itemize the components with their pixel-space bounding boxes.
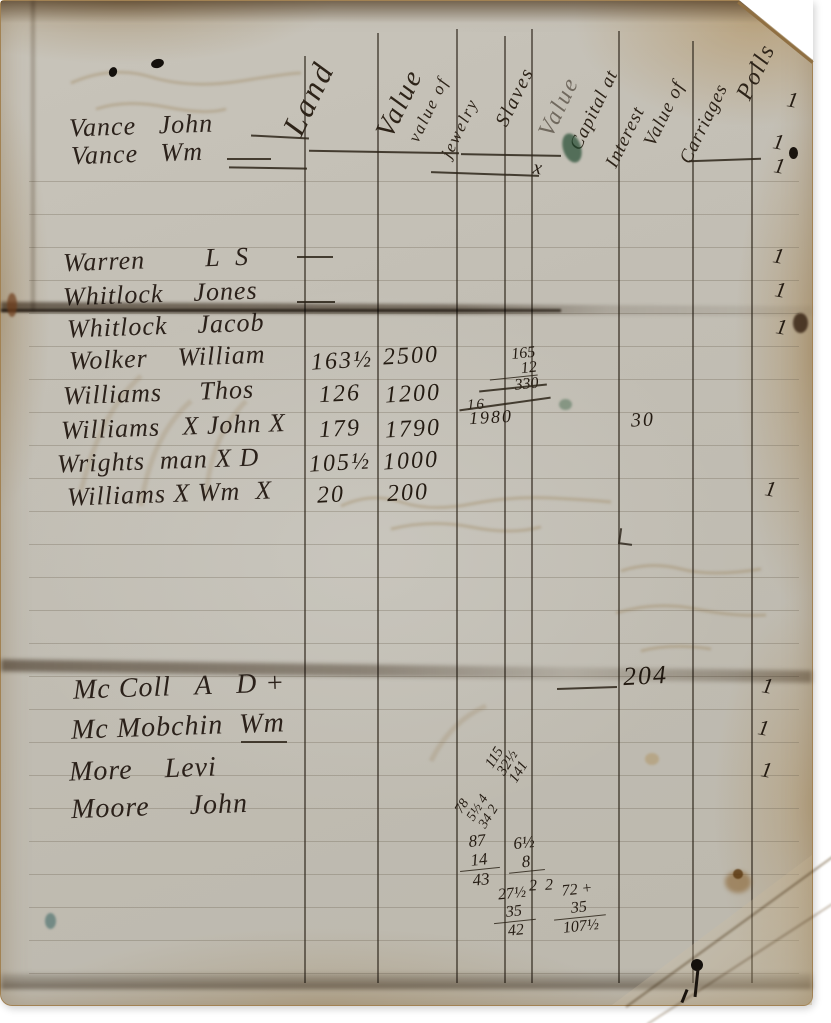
poll-tally-mark: 1 — [785, 86, 800, 114]
land-value: 2500 — [382, 342, 439, 372]
ink-line — [297, 301, 335, 303]
torn-top-edge — [1, 1, 812, 23]
green-ink-smudge — [559, 399, 572, 410]
column-header-land: Land — [277, 56, 341, 141]
stain — [7, 293, 17, 317]
scanned-document: Land Value value of jewelry Slaves Value… — [0, 0, 831, 1023]
header-line: Value of — [640, 78, 689, 150]
stain — [733, 869, 743, 879]
figure: 1980 — [468, 406, 513, 429]
land-value: 1200 — [384, 380, 441, 410]
column-line — [751, 61, 753, 983]
column-line — [377, 33, 379, 983]
column-line — [304, 56, 306, 983]
pen-mark — [618, 528, 634, 546]
land-acres: 126 — [318, 380, 361, 409]
land-acres: 163½ — [310, 346, 373, 376]
fold-crease — [1, 309, 561, 312]
stain — [793, 313, 808, 333]
land-value: 1790 — [384, 415, 441, 445]
arithmetic-stack: 72 + 35 107½ — [550, 878, 607, 938]
fold-crease — [31, 1, 35, 311]
ink-blot — [150, 57, 165, 69]
stain — [645, 753, 659, 765]
ink-line — [241, 741, 287, 743]
land-value: 1000 — [382, 447, 439, 477]
capital-at-interest: 30 — [630, 408, 655, 432]
ink-blot — [108, 66, 119, 78]
ledger-page: Land Value value of jewelry Slaves Value… — [0, 0, 813, 1006]
land-value: 200 — [386, 479, 429, 508]
row-name: More Levi — [68, 751, 217, 788]
arithmetic-stack: 6½ 8 — [505, 831, 545, 874]
land-acres: 179 — [318, 415, 361, 444]
blue-ink-mark — [45, 913, 56, 929]
land-acres: 105½ — [308, 448, 371, 478]
row-name: Moore John — [70, 788, 248, 826]
row-name: Vance Wm — [71, 137, 204, 172]
figure: 8 — [507, 850, 545, 874]
ink-line — [297, 256, 333, 258]
land-acres: 20 — [316, 481, 345, 509]
ink-line — [227, 158, 271, 160]
ink-blot — [789, 147, 798, 159]
arithmetic-stack: 87 14 43 — [456, 829, 502, 891]
header-line: jewelry — [436, 95, 481, 161]
column-header-polls: Polls — [732, 40, 781, 104]
